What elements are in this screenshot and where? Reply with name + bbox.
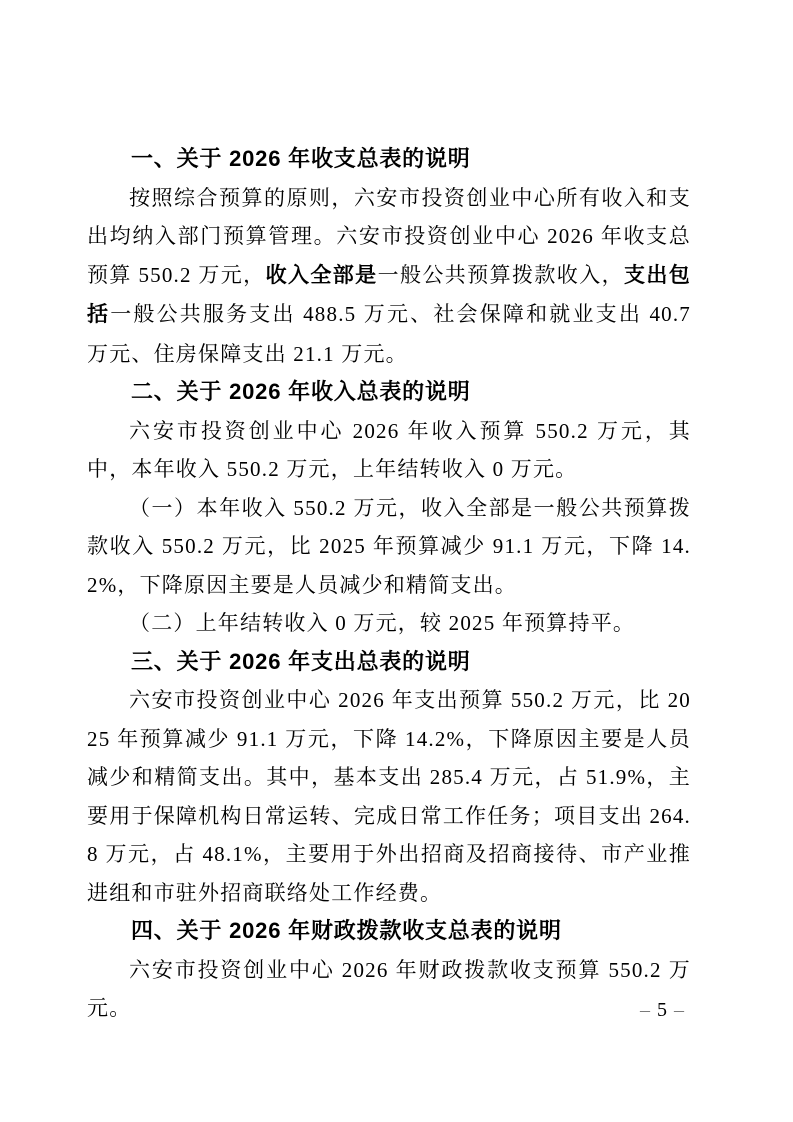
section-3-heading: 三、关于 2026 年支出总表的说明: [87, 643, 691, 682]
section-1-heading: 一、关于 2026 年收支总表的说明: [87, 140, 691, 179]
page-number: 5: [657, 999, 667, 1021]
text-segment: 六安市投资创业中心 2026 年收入预算 550.2 万元，其中，本年收入 55…: [87, 419, 691, 482]
text-segment: 一般公共服务支出 488.5 万元、社会保障和就业支出 40.7 万元、住房保障…: [87, 302, 691, 366]
section-2-paragraph-3: （二）上年结转收入 0 万元，较 2025 年预算持平。: [87, 604, 691, 643]
document-page: 一、关于 2026 年收支总表的说明 按照综合预算的原则，六安市投资创业中心所有…: [0, 0, 793, 1122]
document-body: 一、关于 2026 年收支总表的说明 按照综合预算的原则，六安市投资创业中心所有…: [87, 140, 691, 1028]
section-4-heading: 四、关于 2026 年财政拨款收支总表的说明: [87, 912, 691, 951]
section-1-paragraph-1: 按照综合预算的原则，六安市投资创业中心所有收入和支出均纳入部门预算管理。六安市投…: [87, 179, 691, 374]
page-footer: –5–: [87, 998, 691, 1022]
text-segment-bold: 收入全部是: [266, 264, 378, 287]
page-number-dash-right: –: [674, 999, 684, 1021]
text-segment: 一般公共预算拨款收入，: [378, 263, 624, 287]
text-segment: （二）上年结转收入 0 万元，较 2025 年预算持平。: [129, 611, 635, 635]
section-3-paragraph-1: 六安市投资创业中心 2026 年支出预算 550.2 万元，比 2025 年预算…: [87, 681, 691, 912]
text-segment: 六安市投资创业中心 2026 年支出预算 550.2 万元，比 2025 年预算…: [87, 688, 691, 905]
section-2-heading: 二、关于 2026 年收入总表的说明: [87, 373, 691, 412]
section-2-paragraph-2: （一）本年收入 550.2 万元，收入全部是一般公共预算拨款收入 550.2 万…: [87, 489, 691, 605]
section-2-paragraph-1: 六安市投资创业中心 2026 年收入预算 550.2 万元，其中，本年收入 55…: [87, 412, 691, 489]
text-segment: （一）本年收入 550.2 万元，收入全部是一般公共预算拨款收入 550.2 万…: [87, 496, 691, 597]
page-number-dash-left: –: [640, 999, 650, 1021]
